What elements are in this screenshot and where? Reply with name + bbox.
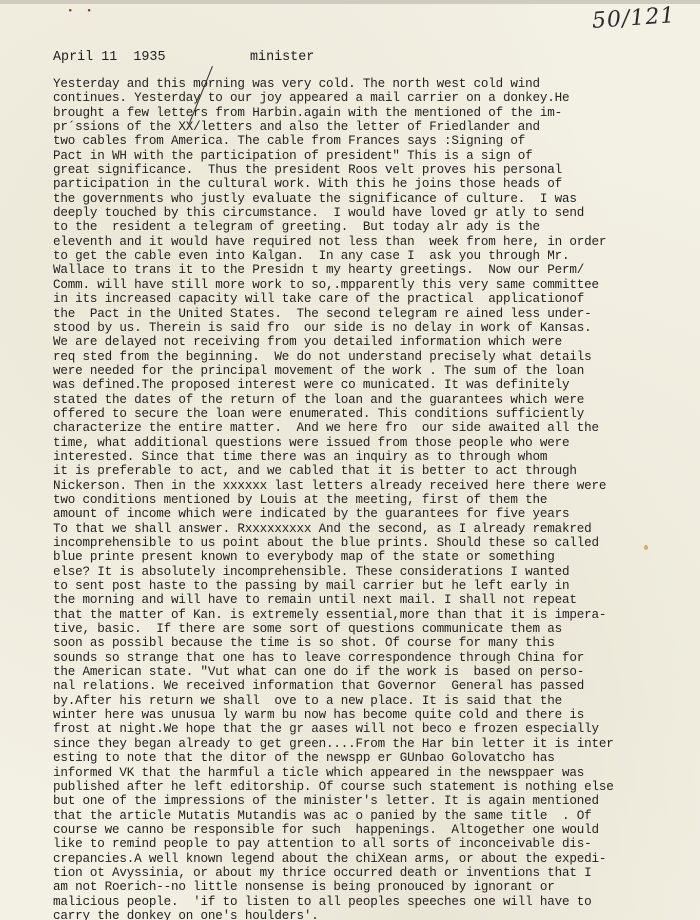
text-line: time, what additional questions were iss…	[53, 436, 693, 450]
text-line: carry the donkey on one's houlders'.	[53, 909, 693, 920]
text-line: tion ot Avyssinia, or about my thrice oc…	[53, 866, 693, 880]
text-line: We are delayed not receiving from you de…	[53, 335, 693, 349]
text-line: two cables from America. The cable from …	[53, 134, 693, 148]
text-line: tive, basic. If there are some sort of q…	[53, 622, 693, 636]
text-line: Pact in WH with the participation of pre…	[53, 149, 693, 163]
text-line: published after he left editorship. Of c…	[53, 780, 693, 794]
text-line: characterize the entire matter. And we h…	[53, 421, 693, 435]
text-line: crepancies.A well known legend about the…	[53, 852, 693, 866]
text-line: but one of the impressions of the minist…	[53, 794, 693, 808]
text-line: winter here was unusua ly warm bu now ha…	[53, 708, 693, 722]
ink-spot	[644, 545, 648, 550]
text-line: To that we shall answer. Rxxxxxxxxx And …	[53, 522, 693, 536]
text-line: informed VK that the harmful a ticle whi…	[53, 766, 693, 780]
text-line: blue printe present known to everybody m…	[53, 550, 693, 564]
text-line: to sent post haste to the passing by mai…	[53, 579, 693, 593]
text-line: were needed for the principal movement o…	[53, 364, 693, 378]
text-line: was defined.The proposed interest were c…	[53, 378, 693, 392]
text-line: stood by us. Therein is said fro our sid…	[53, 321, 693, 335]
text-line: deeply touched by this circumstance. I w…	[53, 206, 693, 220]
text-line: Comm. will have still more work to so,.m…	[53, 278, 693, 292]
text-line: amount of income which were indicated by…	[53, 507, 693, 521]
text-line: pr´ssions of the XX/letters and also the…	[53, 120, 693, 134]
text-line: the Pact in the United States. The secon…	[53, 307, 693, 321]
text-line: brought a few letters from Harbin.again …	[53, 106, 693, 120]
text-line: since they began already to get green...…	[53, 737, 693, 751]
text-line: esting to note that the ditor of the new…	[53, 751, 693, 765]
handwritten-insertion: minister	[250, 50, 314, 65]
letter-body: Yesterday and this morning was very cold…	[53, 77, 693, 920]
text-line: the American state. "Vut what can one do…	[53, 665, 693, 679]
corner-marks: • •	[68, 7, 97, 15]
text-line: soon as possibl because the time is so s…	[53, 636, 693, 650]
text-line: incomprehensible to us point about the b…	[53, 536, 693, 550]
text-line: to get the cable even into Kalgan. In an…	[53, 249, 693, 263]
text-line: Yesterday and this morning was very cold…	[53, 77, 693, 91]
text-line: am not Roerich--no little nonsense is be…	[53, 880, 693, 894]
text-line: offered to secure the loan were enumerat…	[53, 407, 693, 421]
text-line: Wallace to trans it to the Presidn t my …	[53, 263, 693, 277]
text-line: Nickerson. Then in the xxxxxx last lette…	[53, 479, 693, 493]
text-line: the morning and will have to remain unti…	[53, 593, 693, 607]
handwritten-page-number: 50/121	[591, 3, 676, 34]
text-line: interested. Since that time there was an…	[53, 450, 693, 464]
text-line: req sted from the beginning. We do not u…	[53, 350, 693, 364]
text-line: participation in the cultural work. With…	[53, 177, 693, 191]
text-line: continues. Yesterday to our joy appeared…	[53, 91, 693, 105]
text-line: great significance. Thus the president R…	[53, 163, 693, 177]
letter-date: April 11 1935	[53, 50, 166, 65]
text-line: that the matter of Kan. is extremely ess…	[53, 608, 693, 622]
text-line: it is preferable to act, and we cabled t…	[53, 464, 693, 478]
text-line: the governments who justly evaluate the …	[53, 192, 693, 206]
text-line: like to remind people to pay attention t…	[53, 837, 693, 851]
text-line: stated the dates of the return of the lo…	[53, 393, 693, 407]
text-line: course we canno be responsible for such …	[53, 823, 693, 837]
text-line: by.After his return we shall ove to a ne…	[53, 694, 693, 708]
text-line: eleventh and it would have required not …	[53, 235, 693, 249]
text-line: to the resident a telegram of greeting. …	[53, 220, 693, 234]
text-line: two conditions mentioned by Louis at the…	[53, 493, 693, 507]
text-line: that the article Mutatis Mutandis was ac…	[53, 809, 693, 823]
paper-top-edge	[0, 0, 700, 4]
text-line: sounds so strange that one has to leave …	[53, 651, 693, 665]
text-line: frost at night.We hope that the gr aases…	[53, 722, 693, 736]
text-line: else? It is absolutely incomprehensible.…	[53, 565, 693, 579]
text-line: nal relations. We received information t…	[53, 679, 693, 693]
text-line: malicious people. 'if to listen to all p…	[53, 895, 693, 909]
typewritten-letter-page: • • 50/121 April 11 1935 minister Yester…	[0, 0, 700, 920]
text-line: in its increased capacity will take care…	[53, 292, 693, 306]
